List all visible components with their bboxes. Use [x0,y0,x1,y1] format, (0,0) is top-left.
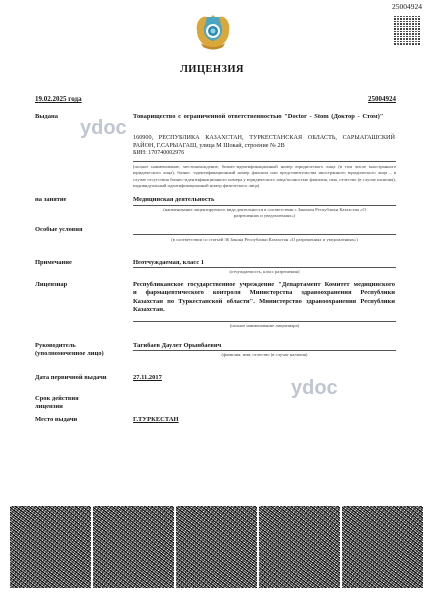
licensee-note: (полное наименование, местонахождение, б… [133,164,396,190]
licensor-value: Республиканское государственное учрежден… [133,281,395,314]
licensor-label: Лицензиар [35,281,67,288]
remark-note: (отчуждаемость, класс разрешения) [133,269,396,275]
top-document-number: 25004924 [392,2,422,11]
validity-label-line2: лицензии [35,403,79,411]
issued-to-label: Выдана [35,113,58,120]
state-emblem-icon [191,9,235,53]
2d-barcode-icon [93,506,174,588]
special-conditions-label: Особые условия [35,226,82,233]
activity-value: Медицинская деятельность [133,196,395,203]
head-value: Тагибаев Даулет Орынбаевич [133,342,395,349]
licensee-address: 160900, РЕСПУБЛИКА КАЗАХСТАН, ТУРКЕСТАНС… [133,134,395,150]
head-label-line2: (уполномоченное лицо) [35,350,104,358]
licensor-note: (полное наименование лицензиара) [133,323,396,329]
2d-barcode-icon [342,506,423,588]
watermark: ydoc [80,117,127,140]
remark-label: Примечание [35,259,72,266]
place-value: Г.ТУРКЕСТАН [133,416,395,423]
remark-value: Неотчуждаемая, класс 1 [133,259,395,266]
activity-note: (наименование лицензируемого вида деятел… [133,207,396,219]
activity-label: на занятие [35,196,67,203]
head-label: Руководитель (уполномоченное лицо) [35,342,104,359]
head-label-line1: Руководитель [35,342,104,350]
divider-line [133,234,396,235]
divider-line [133,267,396,268]
watermark: ydoc [291,377,338,400]
2d-barcode-icon [10,506,91,588]
first-issue-label: Дата первичной выдачи [35,374,107,381]
head-note: (фамилия, имя, отчество (в случае наличи… [133,352,396,358]
barcode-row [10,506,424,588]
place-label: Место выдачи [35,416,77,423]
licensee-bin: БИН: 170740002976 [133,150,395,156]
qr-code-icon [394,15,420,45]
validity-label-line1: Срок действия [35,395,79,403]
2d-barcode-icon [259,506,340,588]
registration-number: 25004924 [368,95,396,103]
issue-date: 19.02.2025 года [35,95,82,103]
divider-line [133,205,396,206]
special-conditions-note: (в соответствии со статьей 36 Закона Рес… [133,237,396,243]
divider-line [133,161,396,162]
2d-barcode-icon [176,506,257,588]
validity-label: Срок действия лицензии [35,395,79,412]
licensee-name: Товарищество с ограниченной ответственно… [133,113,395,121]
divider-line [133,350,396,351]
divider-line [133,321,396,322]
first-issue-value: 27.11.2017 [133,374,395,381]
document-title: ЛИЦЕНЗИЯ [0,64,424,75]
